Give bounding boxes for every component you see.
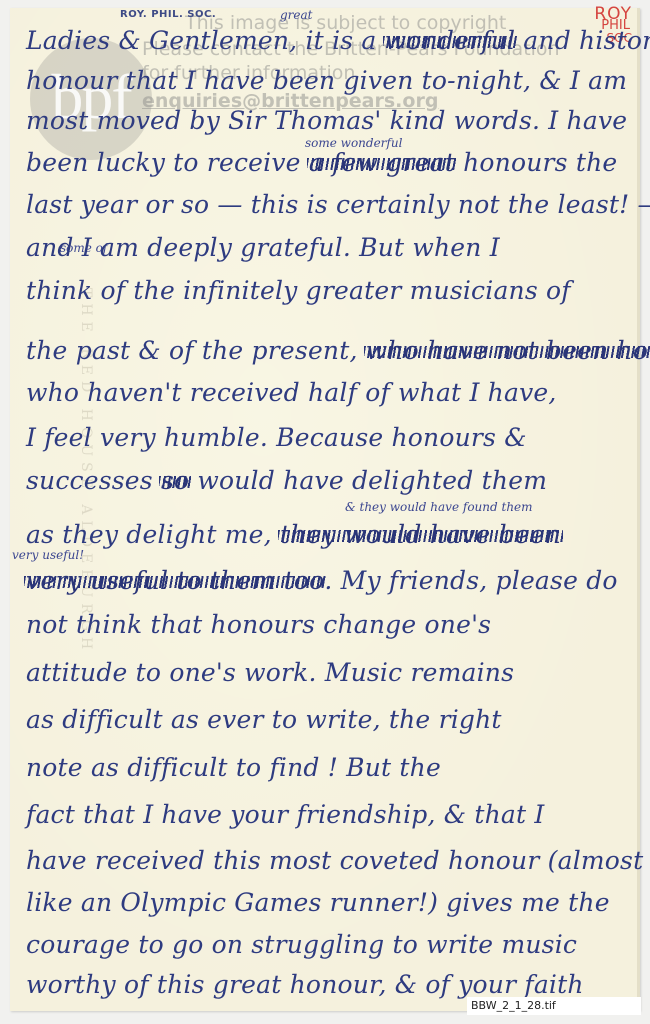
letter-line: successes so would have delighted them (26, 466, 630, 495)
insertion-great: great (280, 8, 313, 22)
letter-line: the past & of the present, who have not … (26, 336, 630, 365)
letter-line: and I am deeply grateful. But when I (26, 233, 630, 262)
letter-line: most moved by Sir Thomas' kind words. I … (26, 106, 630, 135)
letter-line: not think that honours change one's (26, 610, 630, 639)
letter-line: as they delight me, they would have been (26, 520, 630, 549)
letter-line: have received this most coveted honour (… (26, 846, 630, 875)
letter-line: last year or so — this is certainly not … (26, 190, 630, 219)
filename-label: BBW_2_1_28.tif (467, 997, 641, 1015)
letter-page: bpf This image is subject to copyright P… (10, 8, 640, 1011)
top-annotation: ROY. PHIL. SOC. (120, 9, 216, 20)
letter-line: very useful to them too. My friends, ple… (26, 566, 630, 595)
letter-line: I feel very humble. Because honours & (26, 423, 630, 452)
letter-line: worthy of this great honour, & of your f… (26, 970, 630, 999)
letter-line: honour that I have been given to-night, … (26, 66, 630, 95)
letter-line: who haven't received half of what I have… (26, 378, 630, 407)
letter-line: like an Olympic Games runner!) gives me … (26, 888, 630, 917)
letter-line: attitude to one's work. Music remains (26, 658, 630, 687)
letter-line: been lucky to receive a few great honour… (26, 148, 630, 177)
letter-line: Ladies & Gentlemen, it is a wonderful an… (26, 26, 630, 55)
letter-line: courage to go on struggling to write mus… (26, 930, 630, 959)
letter-line: note as difficult to find ! But the (26, 753, 630, 782)
insertion-they-would-have-found: & they would have found them (345, 500, 533, 514)
letter-line: as difficult as ever to write, the right (26, 705, 630, 734)
insertion-very-useful: very useful! (12, 548, 84, 562)
letter-line: think of the infinitely greater musician… (26, 276, 630, 305)
bpf-watermark-logo: bpf (30, 38, 152, 160)
letter-line: fact that I have your friendship, & that… (26, 800, 630, 829)
